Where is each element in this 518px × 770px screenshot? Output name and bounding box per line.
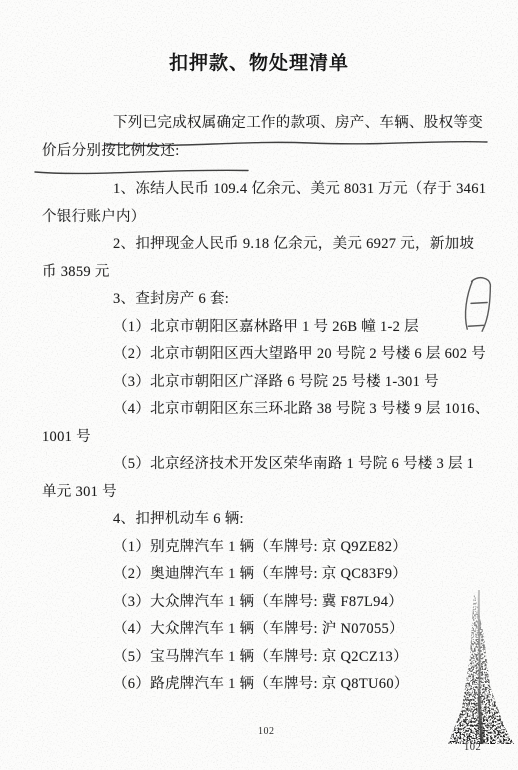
list-item: 单元 301 号 — [42, 479, 502, 507]
list-item: 2、扣押现金人民币 9.18 亿余元，美元 6927 元，新加坡 — [42, 231, 502, 259]
list-item: 4、扣押机动车 6 辆: — [42, 506, 502, 534]
list-item: 3、查封房产 6 套: — [42, 286, 502, 314]
list-item: 1、冻结人民币 109.4 亿余元、美元 8031 万元（存于 3461 — [42, 176, 502, 204]
doc-line: 价后分别按比例发还: — [42, 138, 502, 166]
list-item: 个银行账户内） — [42, 204, 502, 232]
list-item: 币 3859 元 — [42, 259, 502, 287]
list-item: 1001 号 — [42, 424, 502, 452]
list-item: （5）宝马牌汽车 1 辆（车牌号: 京 Q2CZ13） — [42, 644, 502, 672]
list-item: （3）大众牌汽车 1 辆（车牌号: 冀 F87L94） — [42, 589, 502, 617]
page-number-corner: 102 — [464, 742, 481, 753]
list-item: （2）奥迪牌汽车 1 辆（车牌号: 京 QC83F9） — [42, 561, 502, 589]
list-item: （3）北京市朝阳区广泽路 6 号院 25 号楼 1-301 号 — [42, 369, 502, 397]
items-list: 1、冻结人民币 109.4 亿余元、美元 8031 万元（存于 3461 个银行… — [42, 176, 502, 699]
list-item: （1）别克牌汽车 1 辆（车牌号: 京 Q9ZE82） — [42, 534, 502, 562]
list-item: （5）北京经济技术开发区荣华南路 1 号院 6 号楼 3 层 1 — [42, 451, 502, 479]
list-item: （4）大众牌汽车 1 辆（车牌号: 沪 N07055） — [42, 616, 502, 644]
hand-underline-line2 — [35, 170, 248, 173]
scanned-document-page: 扣押款、物处理清单 下列已完成权属确定工作的款项、房产、车辆、股权等变 价后分别… — [0, 0, 518, 770]
document-title: 扣押款、物处理清单 — [0, 48, 518, 75]
list-item: （6）路虎牌汽车 1 辆（车牌号: 京 Q8TU60） — [42, 671, 502, 699]
list-item: （1）北京市朝阳区嘉林路甲 1 号 26B 幢 1-2 层 — [42, 314, 502, 342]
page-number-center: 102 — [258, 726, 275, 737]
doc-line: 下列已完成权属确定工作的款项、房产、车辆、股权等变 — [42, 110, 502, 138]
list-item: （4）北京市朝阳区东三环北路 38 号院 3 号楼 9 层 1016、 — [42, 396, 502, 424]
list-item: （2）北京市朝阳区西大望路甲 20 号院 2 号楼 6 层 602 号 — [42, 341, 502, 369]
intro-paragraph: 下列已完成权属确定工作的款项、房产、车辆、股权等变 价后分别按比例发还: — [42, 110, 502, 165]
